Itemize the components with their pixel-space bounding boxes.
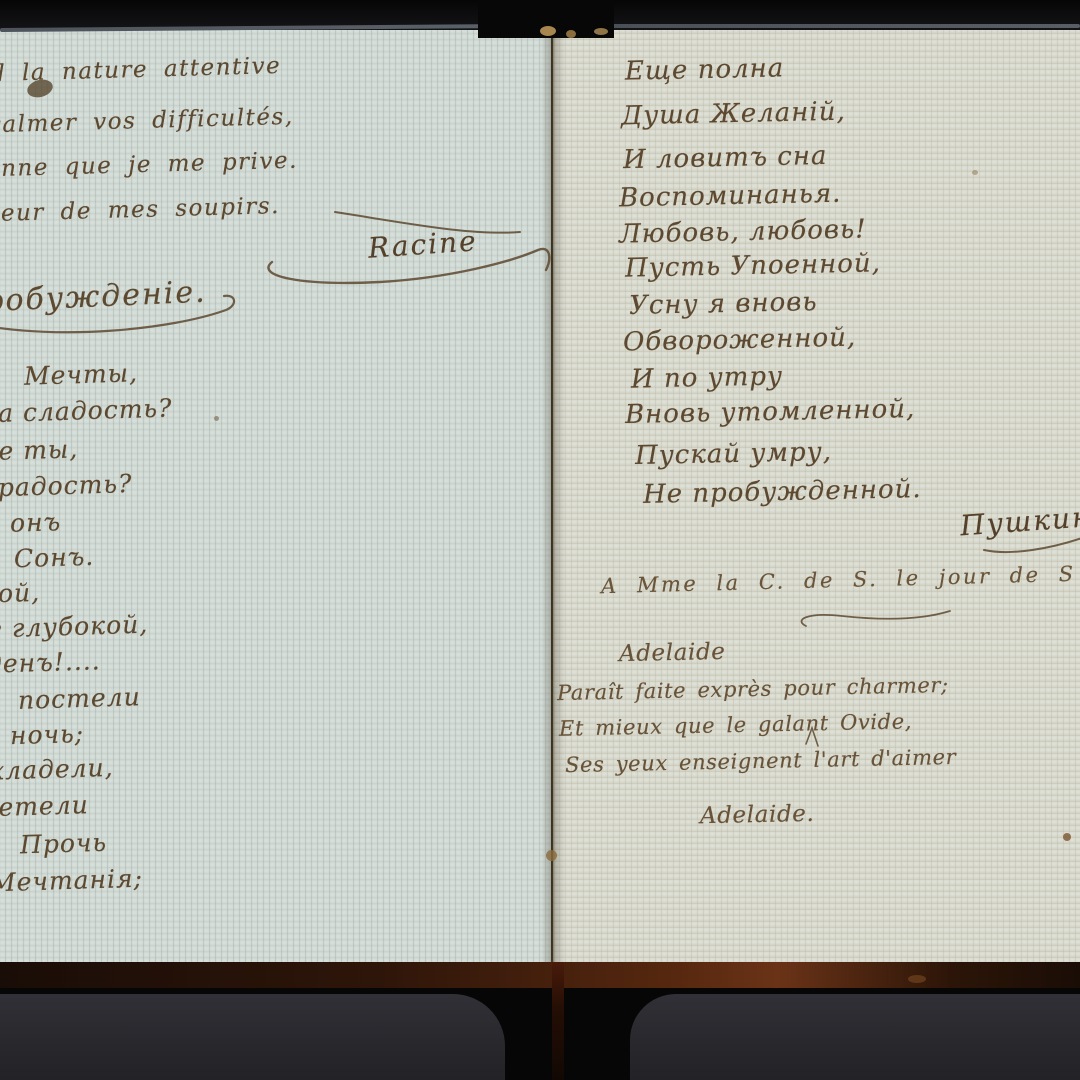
poem-line: Сонъ.	[14, 542, 95, 574]
poem-line: Еще полна	[625, 53, 785, 86]
paper-debris	[540, 26, 556, 36]
poem-line: Прочь	[20, 828, 108, 860]
cover-top-highlight-right	[612, 24, 1080, 28]
poem-line: улетели	[0, 790, 89, 823]
poem-line: И ловитъ сна	[623, 141, 828, 175]
album-photo: d la nature attentive calmer vos difficu…	[0, 0, 1080, 1080]
cover-board-left	[0, 994, 505, 1080]
poem-line: постели	[18, 682, 142, 715]
poem-line: И по утру	[631, 361, 784, 394]
cover-edge-red-strip	[0, 960, 1080, 988]
foxing-spot	[972, 170, 978, 175]
poem-line: Душа Желаній,	[621, 97, 846, 132]
poem-line: онъ	[10, 507, 62, 538]
poem-line: Обвороженной,	[623, 323, 857, 358]
poem-line: Не пробужденной.	[643, 474, 922, 510]
poem-line: денъ!....	[0, 646, 101, 679]
poem-line: Пусть Упоенной,	[625, 248, 881, 283]
foxing-spot	[214, 416, 219, 421]
poem-line: Мечты,	[24, 358, 139, 391]
foxing-spot	[546, 850, 557, 861]
page-gutter-line	[551, 28, 553, 962]
poem-line: Усну я вновь	[629, 287, 818, 321]
poem-line: Любовь, любовь!	[619, 214, 867, 249]
page-gutter-shadow	[541, 28, 565, 962]
poem-line: Пускай умру,	[635, 437, 833, 471]
cover-board-right	[630, 994, 1080, 1080]
poem-line: окой,	[0, 578, 41, 609]
adelaide-title: Adelaide	[619, 639, 726, 667]
paper-debris	[566, 30, 576, 38]
adelaide-closing: Adelaide.	[700, 801, 815, 829]
poem-line: охладели,	[0, 753, 114, 786]
poem-line: где ты,	[0, 434, 79, 466]
spine-fold	[552, 962, 564, 1080]
poem-line: Вновь утомленной,	[625, 394, 916, 430]
poem-line: ночь;	[10, 719, 85, 750]
cover-wear	[908, 975, 926, 983]
poem-line: Мечтанія;	[0, 864, 143, 898]
paper-debris	[594, 28, 608, 35]
poem-line: Воспоминанья.	[619, 179, 842, 214]
foxing-spot	[1063, 833, 1071, 841]
